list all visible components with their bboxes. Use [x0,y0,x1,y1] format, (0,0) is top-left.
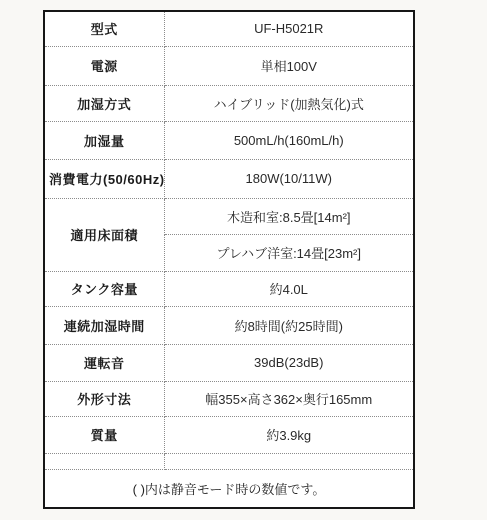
spec-value: プレハブ洋室:14畳[23m²] [164,234,414,271]
spec-value: UF-H5021R [164,11,414,46]
table-row: 加湿方式 ハイブリッド(加熱気化)式 [44,85,414,121]
spec-label: 外形寸法 [44,381,164,416]
table-row: 加湿量 500mL/h(160mL/h) [44,121,414,159]
spec-value: 180W(10/11W) [164,159,414,198]
table-row: 電源 単相100V [44,46,414,85]
spec-label: 型式 [44,11,164,46]
spec-label: 加湿方式 [44,85,164,121]
spec-value: 木造和室:8.5畳[14m²] [164,198,414,234]
table-row: 型式 UF-H5021R [44,11,414,46]
spacer-value-cell [164,453,414,469]
spec-value: 500mL/h(160mL/h) [164,121,414,159]
spec-value: 39dB(23dB) [164,344,414,381]
table-row: タンク容量 約4.0L [44,271,414,306]
table-row: 運転音 39dB(23dB) [44,344,414,381]
spec-value: 約3.9kg [164,416,414,453]
spec-label: 質量 [44,416,164,453]
spacer-label-cell [44,453,164,469]
spec-table: 型式 UF-H5021R 電源 単相100V 加湿方式 ハイブリッド(加熱気化)… [43,10,415,509]
spec-label: 電源 [44,46,164,85]
spec-label: タンク容量 [44,271,164,306]
spec-value: 約8時間(約25時間) [164,306,414,344]
spec-label: 適用床面積 [44,198,164,271]
footnote-row: ( )内は静音モード時の数値です。 [44,469,414,508]
table-row: 連続加湿時間 約8時間(約25時間) [44,306,414,344]
spec-label: 加湿量 [44,121,164,159]
spec-label: 連続加湿時間 [44,306,164,344]
spec-value: 幅355×高さ362×奥行165mm [164,381,414,416]
table-row: 質量 約3.9kg [44,416,414,453]
table-row: 適用床面積 木造和室:8.5畳[14m²] [44,198,414,234]
spacer-row [44,453,414,469]
spec-label: 運転音 [44,344,164,381]
spec-value: 単相100V [164,46,414,85]
spec-value: ハイブリッド(加熱気化)式 [164,85,414,121]
table-row: 消費電力(50/60Hz) 180W(10/11W) [44,159,414,198]
footnote: ( )内は静音モード時の数値です。 [44,469,414,508]
spec-label: 消費電力(50/60Hz) [44,159,164,198]
spec-value: 約4.0L [164,271,414,306]
table-row: 外形寸法 幅355×高さ362×奥行165mm [44,381,414,416]
